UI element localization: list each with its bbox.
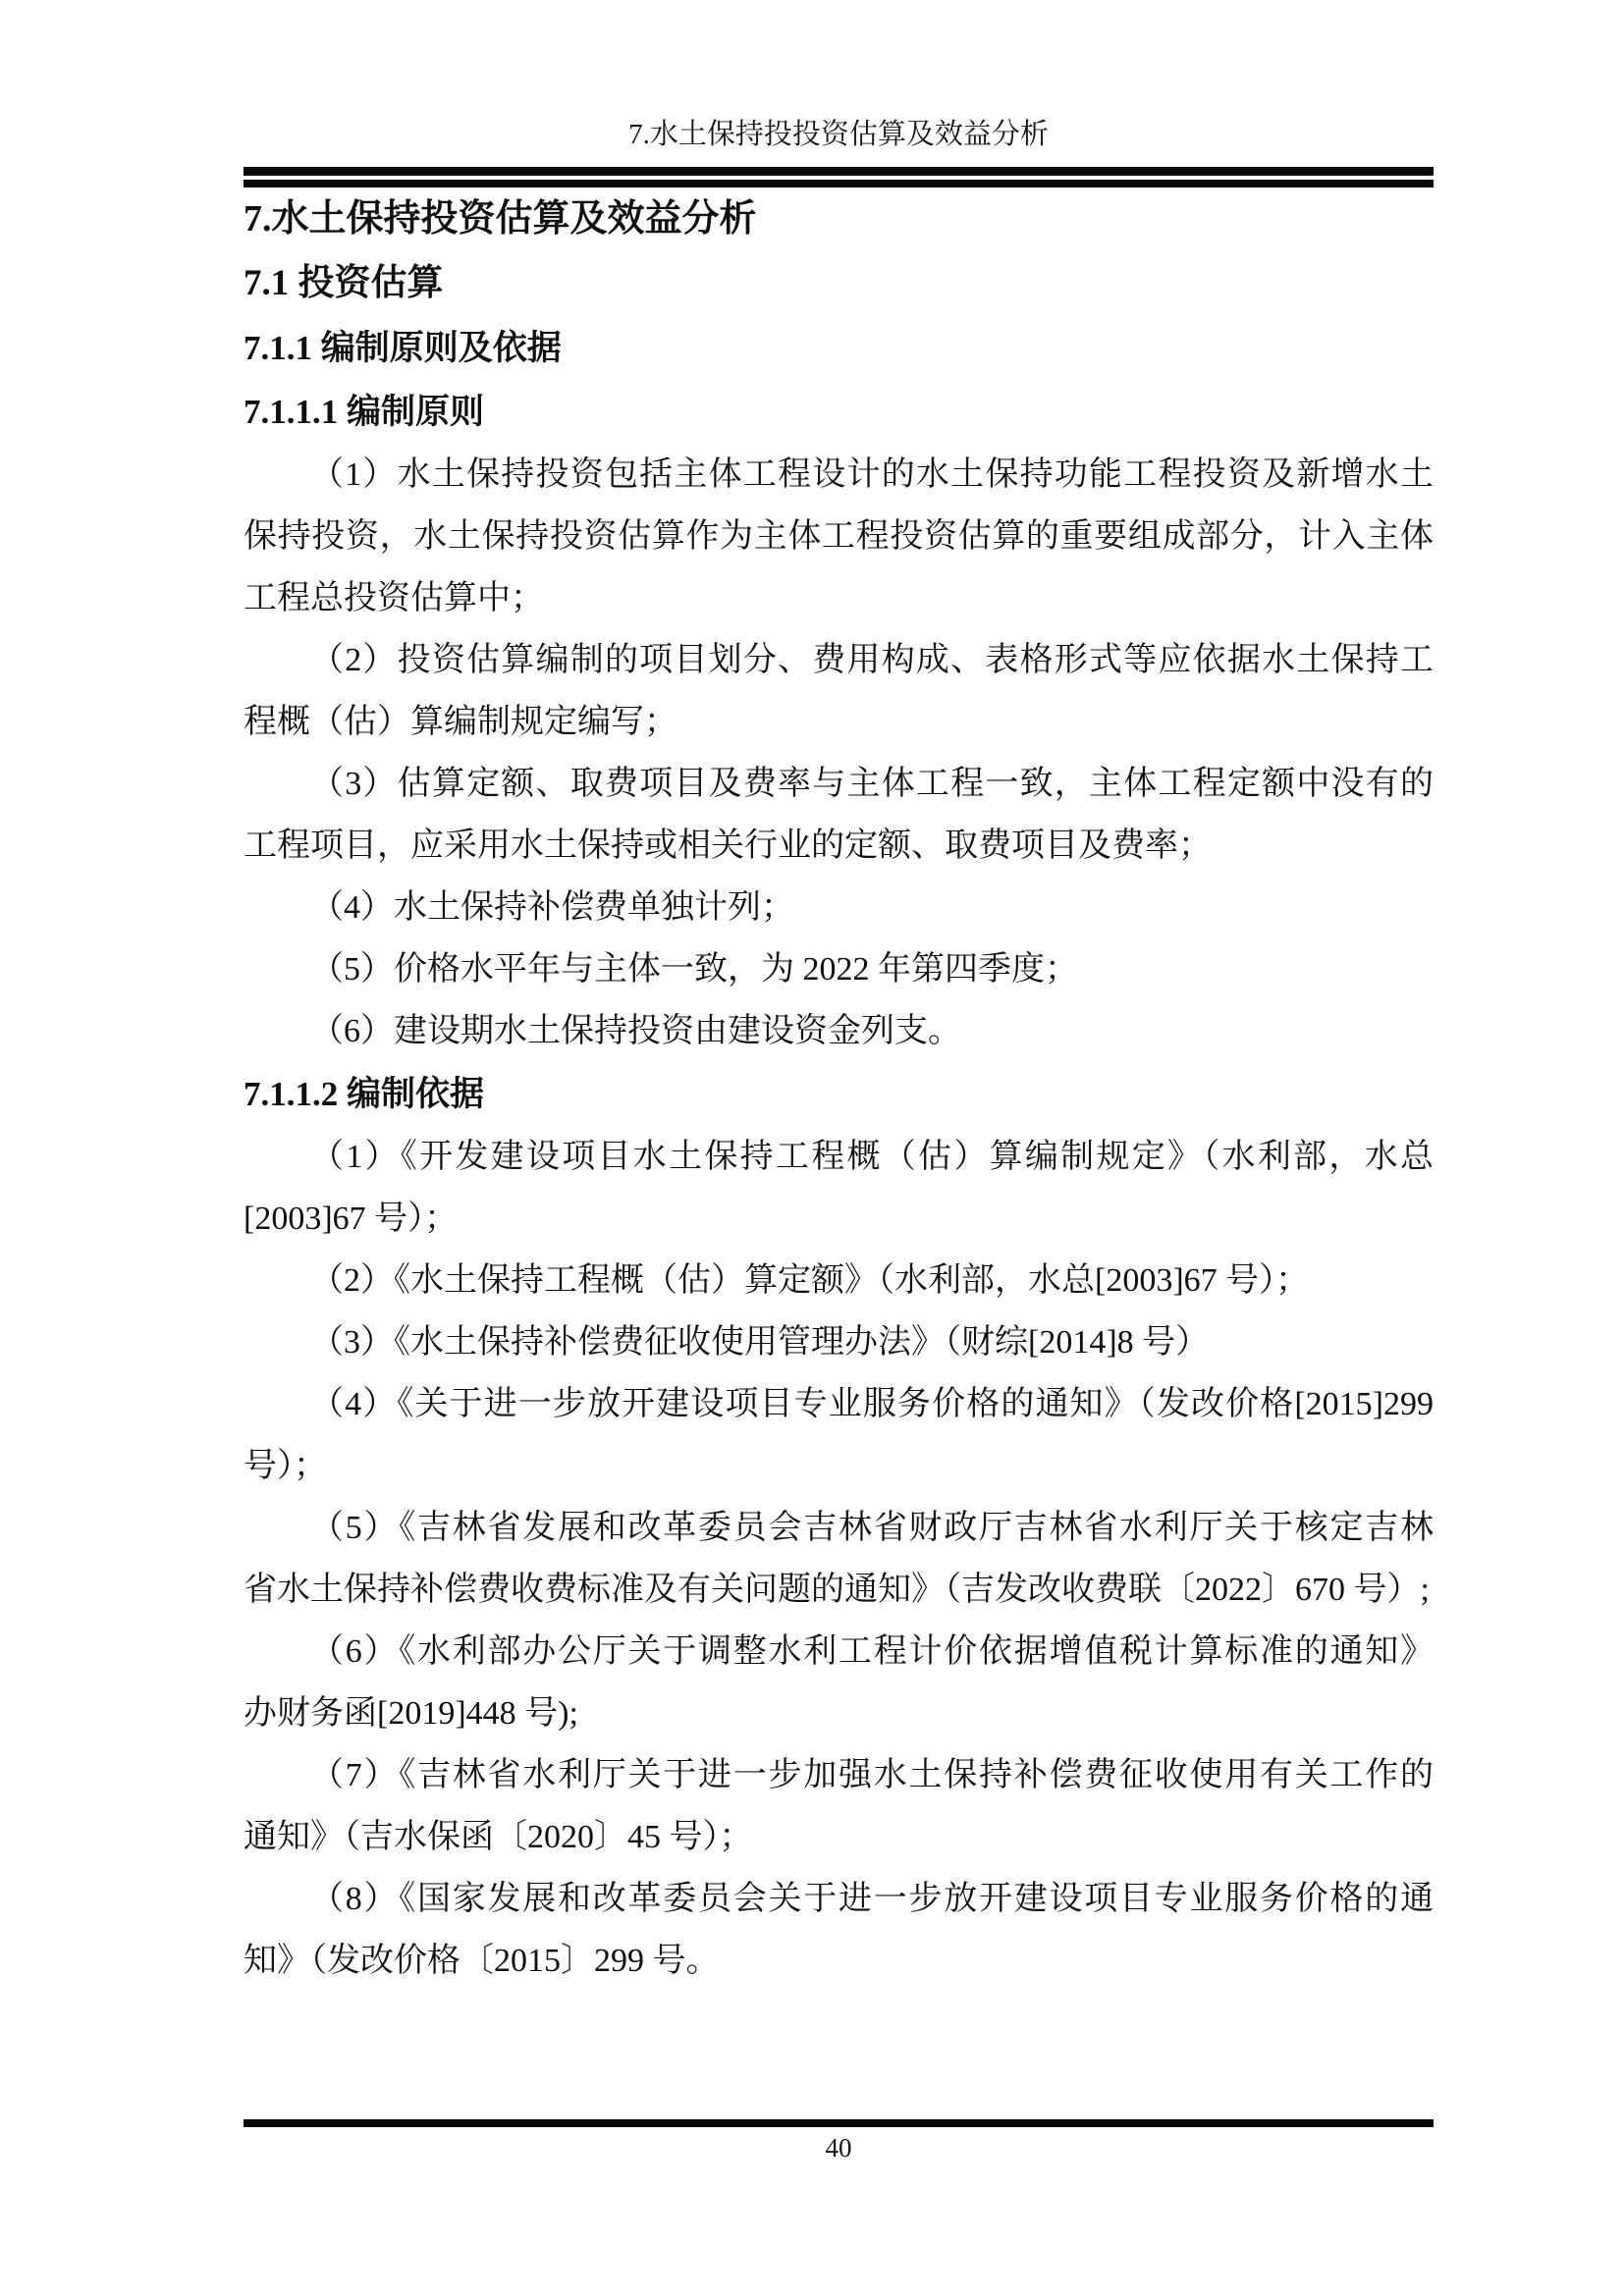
paragraph-line: （4）水土保持补偿费单独计列； <box>244 877 1434 938</box>
paragraph-line: 通知》（吉水保函〔2020〕45 号）； <box>244 1806 1434 1868</box>
page-footer: 40 <box>244 2119 1434 2163</box>
paragraph-line: [2003]67 号）； <box>244 1188 1434 1250</box>
paragraph-line: （6）《水利部办公厅关于调整水利工程计价依据增值税计算标准的通知》 <box>244 1621 1434 1682</box>
heading-7-1-1-1: 7.1.1.1 编制原则 <box>244 380 1434 444</box>
paragraph-line: （3）《水土保持补偿费征收使用管理办法》（财综[2014]8 号） <box>244 1311 1434 1373</box>
paragraph-line: 保持投资，水土保持投资估算作为主体工程投资估算的重要组成部分，计入主体 <box>244 506 1434 567</box>
document-body: 7.水土保持投资估算及效益分析 7.1 投资估算 7.1.1 编制原则及依据 7… <box>244 187 1434 1992</box>
paragraph-line: 知》（发改价格〔2015〕299 号。 <box>244 1930 1434 1992</box>
paragraph-line: （2）《水土保持工程概（估）算定额》（水利部，水总[2003]67 号）； <box>244 1250 1434 1311</box>
paragraph-line: （8）《国家发展和改革委员会关于进一步放开建设项目专业服务价格的通 <box>244 1868 1434 1930</box>
paragraph-line: （1）《开发建设项目水土保持工程概（估）算编制规定》（水利部，水总 <box>244 1126 1434 1188</box>
paragraph-line: 工程项目，应采用水土保持或相关行业的定额、取费项目及费率； <box>244 815 1434 877</box>
running-header-title: 7.水土保持投投资估算及效益分析 <box>244 114 1434 155</box>
page-number: 40 <box>244 2133 1434 2163</box>
paragraph-line: 办财务函[2019]448 号); <box>244 1682 1434 1744</box>
document-page: 7.水土保持投投资估算及效益分析 7.水土保持投资估算及效益分析 7.1 投资估… <box>0 0 1624 2296</box>
paragraph-line: （3）估算定额、取费项目及费率与主体工程一致，主体工程定额中没有的 <box>244 753 1434 815</box>
header-rule <box>244 167 1434 180</box>
paragraph-line: 省水土保持补偿费收费标准及有关问题的通知》（吉发改收费联〔2022〕670 号）… <box>244 1559 1434 1621</box>
heading-7-1-1-2: 7.1.1.2 编制依据 <box>244 1062 1434 1126</box>
paragraph-line: （5）《吉林省发展和改革委员会吉林省财政厅吉林省水利厅关于核定吉林 <box>244 1497 1434 1559</box>
paragraph-line: （1）水土保持投资包括主体工程设计的水土保持功能工程投资及新增水土 <box>244 444 1434 506</box>
paragraph-line: （6）建设期水土保持投资由建设资金列支。 <box>244 1000 1434 1062</box>
footer-rule <box>244 2119 1434 2127</box>
paragraph-line: （7）《吉林省水利厅关于进一步加强水土保持补偿费征收使用有关工作的 <box>244 1744 1434 1806</box>
paragraph-line: 工程总投资估算中； <box>244 567 1434 629</box>
paragraph-line: （2）投资估算编制的项目划分、费用构成、表格形式等应依据水土保持工 <box>244 629 1434 691</box>
paragraph-line: 号）； <box>244 1435 1434 1497</box>
heading-7-1-1: 7.1.1 编制原则及依据 <box>244 316 1434 380</box>
paragraph-line: （5）价格水平年与主体一致，为 2022 年第四季度； <box>244 938 1434 1000</box>
paragraph-line: 程概（估）算编制规定编写； <box>244 691 1434 753</box>
heading-chapter-7: 7.水土保持投资估算及效益分析 <box>244 187 1434 251</box>
paragraph-line: （4）《关于进一步放开建设项目专业服务价格的通知》（发改价格[2015]299 <box>244 1373 1434 1435</box>
page-header: 7.水土保持投投资估算及效益分析 <box>244 114 1434 180</box>
heading-7-1: 7.1 投资估算 <box>244 251 1434 316</box>
